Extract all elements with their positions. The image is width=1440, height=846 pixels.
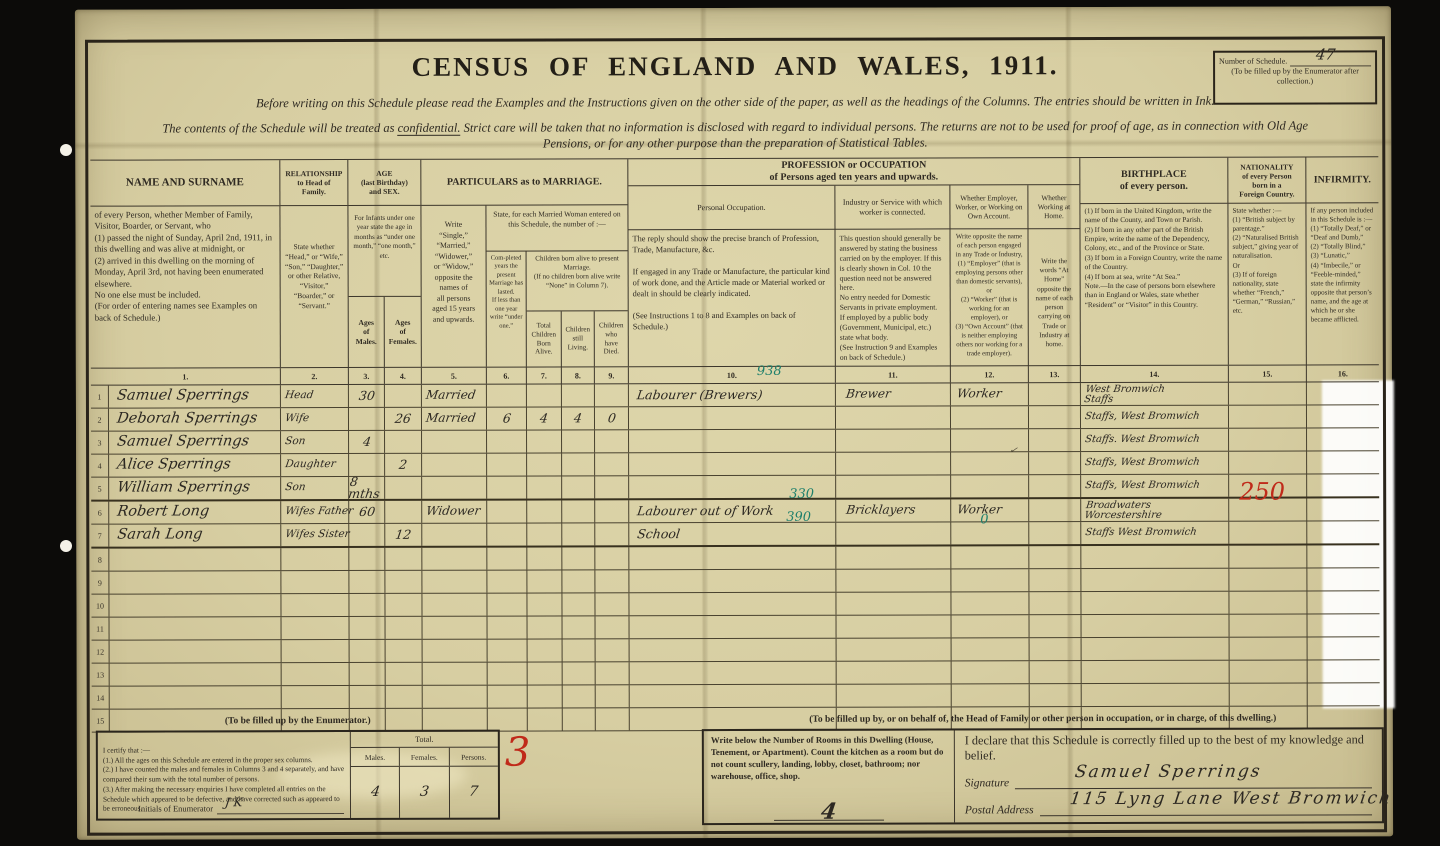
handwritten-entry: Broadwaters Worcestershire: [1084, 500, 1164, 519]
nationality-desc: State whether :— (1) “British subject by…: [1228, 204, 1305, 365]
cell-birthplace: Staffs. West Bromwich: [1081, 429, 1229, 451]
cell-died: [595, 476, 629, 498]
declaration-cell: I declare that this Schedule is correctl…: [955, 729, 1382, 822]
cell-living: [562, 570, 595, 592]
cell-nationality: [1230, 683, 1308, 705]
cell-num: 12: [92, 641, 110, 663]
cell-num: 6: [91, 502, 109, 524]
cell-birthplace: West Bromwich Staffs: [1081, 383, 1229, 405]
schedule-number-label: Number of Schedule.: [1219, 56, 1287, 67]
relationship-title: RELATIONSHIP to Head of Family.: [280, 160, 347, 206]
enumerator-section: (To be filled up by the Enumerator.) I c…: [96, 716, 500, 821]
cell-industry: [837, 684, 952, 706]
cell-athome: [1029, 569, 1081, 591]
cell-infirmity: [1308, 637, 1380, 659]
cell-name: [110, 686, 282, 708]
col-number: 10.: [629, 367, 836, 384]
cell-years: [487, 501, 527, 523]
cell-living: [562, 593, 595, 615]
cell-occupation: [630, 639, 837, 662]
rooms-cell: Write below the Number of Rooms in this …: [704, 730, 955, 823]
cell-age_f: [386, 640, 423, 662]
cell-rel: [281, 571, 349, 593]
address-row: Postal Address 115 Lyng Lane West Bromwi…: [965, 790, 1372, 819]
cell-born: [528, 639, 563, 661]
occupation-code-annotation: 390: [786, 510, 811, 525]
children-died-header: Children who have Died.: [595, 311, 628, 366]
schedule-number-rule: 47: [1290, 55, 1371, 66]
cell-num: 10: [91, 595, 109, 617]
cell-nationality: [1230, 660, 1308, 682]
cell-born: [527, 593, 562, 615]
handwritten-entry: 4: [362, 436, 372, 448]
cell-years: [487, 385, 527, 407]
cell-occupation: [629, 453, 836, 476]
cell-born: [527, 476, 562, 498]
cell-industry: Bricklayers: [836, 499, 951, 521]
handwritten-entry: West Bromwich Staffs: [1084, 384, 1166, 403]
col-group-profession: PROFESSION or OCCUPATION of Persons aged…: [628, 158, 1081, 366]
cell-rel: [282, 617, 350, 639]
table-row: 5William SperringsSon8 mthsStaffs, West …: [91, 474, 1379, 501]
cell-age_m: 8 mths: [349, 477, 385, 499]
punch-hole-top: [60, 144, 72, 156]
cell-num: 8: [91, 549, 109, 571]
cell-age_m: [350, 640, 386, 662]
cell-industry: Brewer: [836, 383, 951, 405]
cell-athome: [1029, 522, 1081, 544]
cell-marriage: Widower: [422, 501, 487, 523]
cell-industry: [837, 638, 952, 660]
marriage-title: PARTICULARS as to MARRIAGE.: [421, 159, 627, 206]
cell-died: [596, 662, 630, 684]
col-number: 7.: [527, 367, 562, 383]
occupation-desc: The reply should show the precise branch…: [628, 230, 834, 367]
col-occupation: Personal Occupation. The reply should sh…: [628, 186, 835, 367]
cell-name: [109, 548, 281, 570]
col-number: 15.: [1229, 366, 1307, 382]
table-row: 6Robert LongWifes Father60WidowerLaboure…: [91, 498, 1379, 524]
row-number: 10: [96, 601, 104, 610]
cell-marriage: [422, 594, 487, 616]
cell-age_f: [386, 663, 423, 685]
cell-employer: Worker: [951, 383, 1029, 405]
cell-num: 3: [91, 432, 109, 454]
row-number: 9: [98, 578, 102, 587]
cell-rel: Wifes Father: [281, 501, 349, 523]
cell-living: [563, 685, 596, 707]
intro2-post: Strict care will be taken that no inform…: [460, 118, 1308, 150]
cell-athome: [1030, 684, 1082, 706]
cell-born: [528, 685, 563, 707]
infirmity-desc: If any person included in this Schedule …: [1306, 203, 1378, 364]
cell-age_f: [386, 686, 423, 708]
cell-infirmity: [1307, 428, 1379, 450]
row-number: 4: [98, 461, 102, 470]
signature-row: Signature Samuel Sperrings: [965, 762, 1372, 791]
cell-birthplace: [1081, 569, 1229, 591]
cell-died: [596, 616, 630, 638]
cell-marriage: [422, 431, 487, 453]
cell-rel: [282, 663, 350, 685]
occupation-title: Personal Occupation.: [628, 186, 834, 231]
cell-age_f: [385, 548, 422, 570]
table-row: 4Alice SperringsDaughter2Staffs, West Br…: [91, 451, 1379, 477]
cell-birthplace: [1082, 615, 1230, 637]
cell-athome: [1029, 592, 1081, 614]
cell-years: [488, 663, 528, 685]
cell-age_m: [349, 524, 385, 546]
handwritten-entry: Married: [425, 413, 476, 425]
table-row: 13: [92, 660, 1380, 686]
cell-num: 13: [92, 664, 110, 686]
cell-industry: [836, 406, 951, 428]
males-label: Males.: [351, 748, 400, 766]
intro-line-2: The contents of the Schedule will be tre…: [153, 118, 1318, 152]
cell-age_m: [349, 408, 385, 430]
cell-occupation: [629, 430, 836, 453]
col-group-infirmity: INFIRMITY. If any person included in thi…: [1306, 157, 1379, 364]
employer-desc: Write opposite the name of each person e…: [950, 229, 1027, 366]
col-number: 14.: [1081, 366, 1229, 382]
handwritten-entry: Widower: [425, 506, 481, 518]
handwritten-entry: Labourer (Brewers): [636, 389, 763, 401]
handwritten-entry: 60: [358, 506, 376, 518]
cell-industry: [836, 569, 951, 591]
children-living-header: Children still Living.: [562, 311, 595, 366]
handwritten-entry: 0: [607, 412, 617, 424]
cell-rel: Son: [281, 477, 349, 499]
infirmity-title: INFIRMITY.: [1306, 157, 1378, 203]
cell-employer: [951, 592, 1029, 614]
handwritten-entry: Head: [284, 391, 314, 401]
cell-employer: Worker: [951, 499, 1029, 521]
schedule-number-value: 47: [1315, 47, 1336, 61]
nationality-title: NATIONALITY of every Person born in a Fo…: [1228, 158, 1305, 204]
handwritten-entry: Married: [425, 390, 476, 402]
table-row: 7Sarah LongWifes Sister12SchoolStaffs We…: [91, 521, 1379, 548]
cell-name: William Sperrings: [109, 477, 281, 499]
cell-nationality: [1229, 383, 1307, 405]
nationality-code-annotation: 250: [1239, 478, 1285, 506]
cell-name: [110, 663, 282, 685]
cell-age_f: 26: [385, 408, 422, 430]
form-title: CENSUS OF ENGLAND AND WALES, 1911.: [88, 49, 1382, 83]
cell-athome: [1029, 499, 1081, 521]
table-row: 2Deborah SperringsWife26Married6440Staff…: [91, 405, 1379, 431]
table-row: 14: [92, 683, 1380, 709]
industry-desc: This question should generally be answer…: [835, 229, 949, 366]
cell-living: [563, 662, 596, 684]
cell-infirmity: [1308, 660, 1380, 682]
enumerator-box-title: (To be filled up by the Enumerator.): [96, 716, 500, 731]
handwritten-entry: Sarah Long: [116, 528, 203, 542]
cell-occupation: [629, 547, 836, 570]
address-rule: 115 Lyng Lane West Bromwich: [1040, 798, 1372, 816]
col-group-birthplace: BIRTHPLACE of every person. (1) If born …: [1080, 158, 1229, 365]
col-number: 11.: [836, 366, 951, 382]
employer-code-annotation: 0: [980, 512, 988, 527]
handwritten-entry: 26: [394, 413, 412, 425]
census-table-body: 1Samuel SperringsHead30MarriedLabourer (…: [91, 382, 1380, 732]
row-number: 8: [98, 555, 102, 564]
cell-age_f: [385, 571, 422, 593]
rooms-value: 4: [820, 802, 838, 823]
cell-rel: Daughter: [281, 454, 349, 476]
cell-birthplace: Staffs, West Bromwich: [1081, 475, 1229, 497]
cell-age_m: [350, 617, 386, 639]
cell-marriage: [422, 524, 487, 546]
cell-living: [563, 639, 596, 661]
cell-age_f: [385, 431, 422, 453]
relationship-desc: State whether “Head,” or “Wife,” “Son,” …: [280, 206, 347, 367]
col-industry: Industry or Service with which worker is…: [835, 185, 950, 366]
cell-name: Robert Long: [109, 501, 281, 523]
cell-born: [528, 616, 563, 638]
cell-infirmity: [1307, 521, 1379, 543]
name-desc: of every Person, whether Member of Famil…: [90, 206, 279, 367]
cell-name: Samuel Sperrings: [109, 385, 281, 407]
cell-industry: [837, 661, 952, 683]
cell-industry: [836, 429, 951, 451]
signature-value: Samuel Sperrings: [1074, 763, 1263, 780]
cell-marriage: [423, 663, 488, 685]
cell-occupation: [629, 593, 836, 616]
cell-years: [487, 548, 527, 570]
cell-age_f: [385, 385, 422, 407]
cell-industry: [836, 475, 951, 497]
handwritten-entry: Staffs. West Bromwich: [1084, 435, 1200, 445]
cell-years: [488, 617, 528, 639]
cell-infirmity: [1307, 568, 1379, 590]
table-row: 1Samuel SperringsHead30MarriedLabourer (…: [91, 382, 1379, 408]
handwritten-entry: Robert Long: [116, 505, 210, 519]
row-number: 14: [96, 693, 104, 702]
cell-birthplace: Broadwaters Worcestershire: [1081, 499, 1229, 521]
cell-industry: [836, 452, 951, 474]
col-group-nationality: NATIONALITY of every Person born in a Fo…: [1228, 158, 1307, 365]
cell-rel: Head: [281, 385, 349, 407]
row-number: 5: [98, 484, 102, 493]
handwritten-entry: 2: [398, 459, 408, 471]
rooms-value-wrap: 4: [774, 802, 884, 821]
cell-died: [595, 430, 629, 452]
col-number: 4.: [385, 368, 422, 384]
col-number: 16.: [1307, 365, 1379, 381]
cell-marriage: Married: [422, 408, 487, 430]
col-number: 2.: [281, 368, 349, 384]
handwritten-entry: William Sperrings: [116, 481, 250, 495]
cell-marriage: [423, 640, 488, 662]
cell-employer: [951, 475, 1029, 497]
cell-age_m: [349, 571, 385, 593]
cell-died: [595, 500, 629, 522]
handwritten-entry: Staffs West Bromwich: [1085, 528, 1198, 538]
handwritten-entry: 12: [395, 529, 413, 541]
row-number: 6: [98, 508, 102, 517]
enumerator-red-mark: 3: [505, 730, 531, 776]
profession-title: PROFESSION or OCCUPATION of Persons aged…: [628, 158, 1079, 186]
cell-num: 14: [92, 687, 110, 709]
punch-hole-bottom: [60, 540, 72, 552]
cell-died: [595, 384, 629, 406]
col-group-name: NAME AND SURNAME of every Person, whethe…: [90, 160, 281, 367]
cell-occupation: [630, 616, 837, 639]
cell-years: [487, 524, 527, 546]
cell-nationality: [1229, 591, 1307, 613]
row-number: 3: [98, 438, 102, 447]
table-header: NAME AND SURNAME of every Person, whethe…: [90, 156, 1379, 368]
initials-rule: J K: [217, 801, 344, 814]
cell-birthplace: [1082, 661, 1230, 683]
cell-living: 4: [562, 407, 595, 429]
col-athome: Whether Working at Home. Write the words…: [1028, 185, 1079, 366]
cell-marriage: [422, 571, 487, 593]
intro-line-1: Before writing on this Schedule please r…: [88, 93, 1382, 111]
athome-desc: Write the words “At Home” opposite the n…: [1028, 229, 1079, 366]
table-row: 10: [91, 591, 1379, 617]
cell-rel: Wifes Sister: [281, 524, 349, 546]
total-label: Total.: [351, 732, 498, 748]
cell-rel: [282, 686, 350, 708]
declaration-text: I declare that this Schedule is correctl…: [965, 732, 1372, 763]
handwritten-entry: 8 mths: [348, 476, 386, 500]
handwritten-entry: Worker: [956, 389, 1002, 401]
marriage-single-desc: Write “Single,” “Married,” “Widower,” or…: [421, 206, 486, 367]
census-table: NAME AND SURNAME of every Person, whethe…: [90, 156, 1379, 732]
printed-form: CENSUS OF ENGLAND AND WALES, 1911. Numbe…: [85, 36, 1387, 835]
cell-age_f: [385, 501, 422, 523]
row-number: 12: [96, 647, 104, 656]
cell-age_f: 2: [385, 454, 422, 476]
marriage-state-desc: State, for each Married Woman entered on…: [486, 205, 627, 251]
cell-name: Sarah Long: [109, 524, 281, 546]
cell-occupation: [630, 685, 837, 708]
birthplace-title: BIRTHPLACE of every person.: [1080, 158, 1227, 204]
handwritten-entry: 4: [573, 412, 583, 424]
cell-athome: [1029, 429, 1081, 451]
cell-marriage: [422, 477, 487, 499]
handwritten-entry: School: [636, 528, 680, 540]
signature-label: Signature: [965, 777, 1009, 789]
row-number: 2: [97, 415, 101, 424]
signature-rule: Samuel Sperrings: [1015, 771, 1372, 789]
persons-total-cell: 7: [450, 767, 498, 818]
handwritten-entry: Brewer: [845, 389, 891, 401]
cell-num: 4: [91, 455, 109, 477]
col-number: 5.: [422, 368, 487, 384]
cell-occupation: [629, 570, 836, 593]
occupation-code-annotation: 938: [757, 364, 782, 379]
intro2-confidential: confidential.: [398, 121, 461, 136]
cell-employer: [952, 684, 1030, 706]
cell-infirmity: [1307, 591, 1379, 613]
females-label: Females.: [400, 748, 449, 766]
cell-rel: [281, 594, 349, 616]
handwritten-entry: Staffs, West Bromwich: [1085, 481, 1201, 491]
cell-born: [527, 430, 562, 452]
enumerator-initials-value: J K: [224, 797, 243, 808]
householder-section: (To be filled up by, or on behalf of, th…: [702, 713, 1384, 825]
cell-born: [527, 547, 562, 569]
cell-nationality: [1229, 568, 1307, 590]
cell-occupation: [630, 662, 837, 685]
cell-nationality: [1229, 545, 1307, 567]
cell-born: [527, 570, 562, 592]
col-number: 6.: [487, 368, 527, 384]
cell-occupation: School: [629, 523, 836, 546]
cell-age_m: [350, 686, 386, 708]
cell-infirmity: [1308, 614, 1380, 636]
cell-birthplace: Staffs West Bromwich: [1081, 522, 1229, 544]
cell-age_f: [386, 617, 423, 639]
cell-name: [110, 617, 282, 639]
cell-years: [487, 454, 527, 476]
cell-born: [528, 662, 563, 684]
birthplace-desc: (1) If born in the United Kingdom, write…: [1080, 204, 1227, 365]
males-total-value: 4: [370, 786, 381, 799]
row-number: 7: [98, 531, 102, 540]
handwritten-entry: Wife: [284, 414, 309, 424]
cell-marriage: [423, 686, 488, 708]
name-title: NAME AND SURNAME: [90, 160, 279, 206]
cell-age_f: [385, 477, 422, 499]
cell-living: [562, 500, 595, 522]
cell-age_m: [349, 594, 385, 616]
handwritten-entry: Samuel Sperrings: [116, 435, 250, 449]
handwritten-entry: Labourer out of Work: [636, 505, 774, 517]
address-label: Postal Address: [965, 804, 1034, 816]
persons-label: Persons.: [450, 748, 498, 766]
cell-employer: [951, 452, 1029, 474]
row-number: 13: [96, 670, 104, 679]
cell-marriage: [422, 548, 487, 570]
marriage-years-header: Com-pleted years the present Marriage ha…: [487, 252, 527, 367]
cell-industry: [836, 522, 951, 544]
cell-living: [562, 384, 595, 406]
ages-females-header: Ages of Females.: [385, 297, 421, 367]
handwritten-entry: 6: [502, 413, 512, 425]
cell-name: Deborah Sperrings: [109, 408, 281, 430]
handwritten-entry: Samuel Sperrings: [116, 389, 250, 403]
cell-birthplace: Staffs, West Bromwich: [1081, 452, 1229, 474]
cell-employer: [952, 638, 1030, 660]
ages-males-header: Ages of Males.: [349, 297, 385, 367]
age-title: AGE (last Birthday) and SEX.: [348, 160, 420, 206]
cell-birthplace: [1082, 638, 1230, 660]
cell-employer: [952, 661, 1030, 683]
cell-birthplace: [1081, 592, 1229, 614]
cell-athome: [1030, 638, 1082, 660]
cell-born: [527, 384, 562, 406]
cell-born: [527, 523, 562, 545]
cell-birthplace: [1081, 546, 1229, 568]
cell-nationality: [1229, 521, 1307, 543]
cell-infirmity: [1307, 405, 1379, 427]
table-row: 9: [91, 568, 1379, 594]
cell-age_m: 30: [349, 385, 385, 407]
cell-marriage: [422, 454, 487, 476]
cell-infirmity: [1307, 474, 1379, 496]
cell-athome: [1029, 406, 1081, 428]
cell-nationality: [1230, 637, 1308, 659]
cell-living: [563, 616, 596, 638]
handwritten-entry: Staffs, West Bromwich: [1084, 458, 1200, 468]
cell-born: [527, 500, 562, 522]
employer-title: Whether Employer, Worker, or Working on …: [950, 185, 1027, 229]
cell-name: [109, 594, 281, 616]
cell-years: [487, 477, 527, 499]
